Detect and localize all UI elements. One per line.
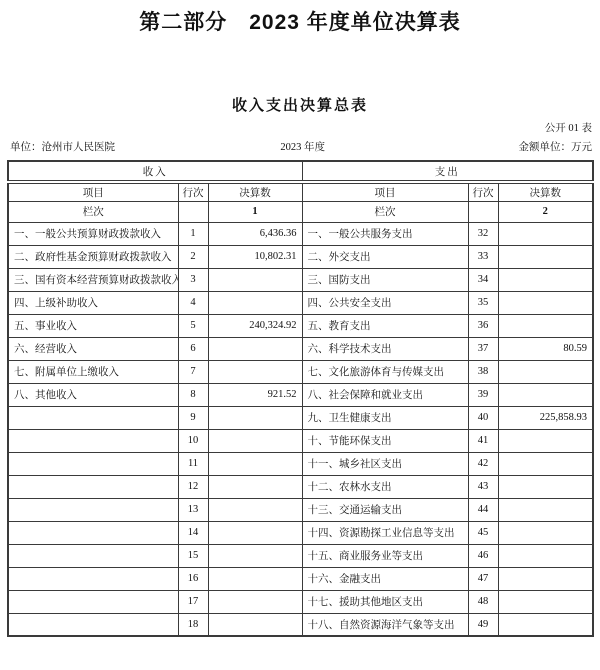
income-line-cell: 12: [178, 475, 208, 498]
table-row: 二、政府性基金预算财政拨款收入210,802.31二、外交支出33: [8, 245, 593, 268]
expense-item-cell: 十六、金融支出: [302, 567, 468, 590]
income-amount-cell: 6,436.36: [208, 222, 302, 245]
table-title: 收入支出决算总表: [0, 94, 600, 115]
page-title: 第二部分 2023 年度单位决算表: [0, 6, 600, 36]
income-item-cell: 六、经营收入: [8, 337, 178, 360]
table-row: 17十七、援助其他地区支出48: [8, 590, 593, 613]
expense-amount-cell: [498, 590, 593, 613]
expense-amount-cell: [498, 291, 593, 314]
income-amount-cell: [208, 337, 302, 360]
expense-amount-cell: [498, 613, 593, 636]
expense-amount-cell: [498, 429, 593, 452]
income-item-cell: 一、一般公共预算财政拨款收入: [8, 222, 178, 245]
expense-line-cell: 42: [468, 452, 498, 475]
expense-amount-cell: 80.59: [498, 337, 593, 360]
amount-unit-label: 金额单位：万元: [519, 139, 593, 154]
expense-amount-cell: [498, 475, 593, 498]
expense-line-cell: 45: [468, 521, 498, 544]
income-item-cell: [8, 452, 178, 475]
income-item-cell: [8, 521, 178, 544]
income-item-cell: [8, 475, 178, 498]
income-line-cell: 2: [178, 245, 208, 268]
expense-amount-index: 2: [498, 201, 593, 222]
expense-item-cell: 十一、城乡社区支出: [302, 452, 468, 475]
expense-line-header: 行次: [468, 182, 498, 201]
income-line-cell: 5: [178, 314, 208, 337]
expense-amount-cell: [498, 383, 593, 406]
table-body: 一、一般公共预算财政拨款收入16,436.36一、一般公共服务支出32二、政府性…: [8, 222, 593, 636]
table-row: 四、上级补助收入4四、公共安全支出35: [8, 291, 593, 314]
income-line-cell: 18: [178, 613, 208, 636]
income-line-cell: 14: [178, 521, 208, 544]
income-amount-cell: [208, 475, 302, 498]
income-item-cell: 四、上级补助收入: [8, 291, 178, 314]
expense-line-cell: 34: [468, 268, 498, 291]
expense-amount-cell: [498, 567, 593, 590]
income-amount-cell: [208, 291, 302, 314]
income-amount-cell: 240,324.92: [208, 314, 302, 337]
income-item-cell: 五、事业收入: [8, 314, 178, 337]
income-amount-cell: [208, 544, 302, 567]
table-row: 12十二、农林水支出43: [8, 475, 593, 498]
expense-amount-cell: [498, 268, 593, 291]
year-label: 2023 年度: [280, 139, 325, 154]
expense-item-cell: 八、社会保障和就业支出: [302, 383, 468, 406]
table-row: 16十六、金融支出47: [8, 567, 593, 590]
income-line-cell: 10: [178, 429, 208, 452]
section-header-row: 收入 支出: [8, 161, 593, 182]
expense-item-cell: 七、文化旅游体育与传媒支出: [302, 360, 468, 383]
income-amount-cell: [208, 590, 302, 613]
income-amount-cell: [208, 268, 302, 291]
expense-item-cell: 十七、援助其他地区支出: [302, 590, 468, 613]
expense-amount-cell: [498, 521, 593, 544]
expense-item-cell: 十八、自然资源海洋气象等支出: [302, 613, 468, 636]
expense-index-label: 栏次: [302, 201, 468, 222]
table-row: 六、经营收入6六、科学技术支出3780.59: [8, 337, 593, 360]
expense-section-header: 支出: [302, 161, 593, 182]
expense-item-cell: 三、国防支出: [302, 268, 468, 291]
unit-label: 单位：沧州市人民医院: [10, 139, 115, 154]
expense-item-header: 项目: [302, 182, 468, 201]
income-index-line-cell: [178, 201, 208, 222]
document-page: 第二部分 2023 年度单位决算表 收入支出决算总表 公开 01 表 单位：沧州…: [0, 0, 600, 670]
expense-amount-cell: 225,858.93: [498, 406, 593, 429]
expense-line-cell: 47: [468, 567, 498, 590]
expense-item-cell: 十二、农林水支出: [302, 475, 468, 498]
income-amount-header: 决算数: [208, 182, 302, 201]
expense-item-cell: 六、科学技术支出: [302, 337, 468, 360]
income-item-cell: [8, 498, 178, 521]
expense-amount-cell: [498, 544, 593, 567]
expense-line-cell: 33: [468, 245, 498, 268]
expense-line-cell: 38: [468, 360, 498, 383]
column-header-row: 项目 行次 决算数 项目 行次 决算数: [8, 182, 593, 201]
table-row: 一、一般公共预算财政拨款收入16,436.36一、一般公共服务支出32: [8, 222, 593, 245]
table-row: 五、事业收入5240,324.92五、教育支出36: [8, 314, 593, 337]
income-line-cell: 9: [178, 406, 208, 429]
table-row: 14十四、资源勘探工业信息等支出45: [8, 521, 593, 544]
table-row: 七、附属单位上缴收入7七、文化旅游体育与传媒支出38: [8, 360, 593, 383]
column-index-row: 栏次 1 栏次 2: [8, 201, 593, 222]
income-section-header: 收入: [8, 161, 302, 182]
table-row: 八、其他收入8921.52八、社会保障和就业支出39: [8, 383, 593, 406]
income-amount-cell: [208, 613, 302, 636]
income-line-cell: 17: [178, 590, 208, 613]
expense-item-cell: 五、教育支出: [302, 314, 468, 337]
expense-amount-cell: [498, 498, 593, 521]
income-item-cell: [8, 590, 178, 613]
expense-line-cell: 43: [468, 475, 498, 498]
expense-line-cell: 35: [468, 291, 498, 314]
income-amount-cell: [208, 406, 302, 429]
income-item-cell: 二、政府性基金预算财政拨款收入: [8, 245, 178, 268]
income-line-cell: 16: [178, 567, 208, 590]
income-line-cell: 7: [178, 360, 208, 383]
income-line-cell: 6: [178, 337, 208, 360]
expense-line-cell: 41: [468, 429, 498, 452]
expense-item-cell: 九、卫生健康支出: [302, 406, 468, 429]
expense-amount-cell: [498, 314, 593, 337]
expense-amount-cell: [498, 245, 593, 268]
expense-item-cell: 十、节能环保支出: [302, 429, 468, 452]
expense-line-cell: 36: [468, 314, 498, 337]
expense-line-cell: 32: [468, 222, 498, 245]
income-line-cell: 8: [178, 383, 208, 406]
expense-line-cell: 49: [468, 613, 498, 636]
expense-amount-cell: [498, 222, 593, 245]
expense-amount-cell: [498, 360, 593, 383]
income-item-cell: [8, 567, 178, 590]
table-meta-row: 单位：沧州市人民医院 2023 年度 金额单位：万元: [8, 139, 592, 155]
table-row: 三、国有资本经营预算财政拨款收入3三、国防支出34: [8, 268, 593, 291]
income-amount-cell: 921.52: [208, 383, 302, 406]
expense-amount-cell: [498, 452, 593, 475]
income-index-label: 栏次: [8, 201, 178, 222]
expense-line-cell: 39: [468, 383, 498, 406]
expense-line-cell: 44: [468, 498, 498, 521]
income-line-cell: 11: [178, 452, 208, 475]
income-item-cell: [8, 429, 178, 452]
expense-item-cell: 十四、资源勘探工业信息等支出: [302, 521, 468, 544]
expense-line-cell: 37: [468, 337, 498, 360]
expense-line-cell: 48: [468, 590, 498, 613]
income-amount-cell: [208, 452, 302, 475]
expense-item-cell: 十五、商业服务业等支出: [302, 544, 468, 567]
table-row: 10十、节能环保支出41: [8, 429, 593, 452]
income-line-cell: 4: [178, 291, 208, 314]
expense-index-line-cell: [468, 201, 498, 222]
income-line-cell: 3: [178, 268, 208, 291]
accounts-table: 收入 支出 项目 行次 决算数 项目 行次 决算数 栏次 1 栏次 2 一、一般…: [7, 160, 594, 637]
expense-item-cell: 四、公共安全支出: [302, 291, 468, 314]
table-row: 13十三、交通运输支出44: [8, 498, 593, 521]
income-item-cell: [8, 613, 178, 636]
income-item-cell: 八、其他收入: [8, 383, 178, 406]
income-item-cell: 七、附属单位上缴收入: [8, 360, 178, 383]
table-code-label: 公开 01 表: [545, 120, 592, 135]
expense-item-cell: 一、一般公共服务支出: [302, 222, 468, 245]
income-amount-cell: [208, 498, 302, 521]
table-row: 18十八、自然资源海洋气象等支出49: [8, 613, 593, 636]
table-row: 11十一、城乡社区支出42: [8, 452, 593, 475]
income-item-header: 项目: [8, 182, 178, 201]
income-amount-cell: [208, 429, 302, 452]
expense-item-cell: 十三、交通运输支出: [302, 498, 468, 521]
income-item-cell: 三、国有资本经营预算财政拨款收入: [8, 268, 178, 291]
expense-line-cell: 46: [468, 544, 498, 567]
income-amount-index: 1: [208, 201, 302, 222]
income-line-cell: 15: [178, 544, 208, 567]
income-amount-cell: 10,802.31: [208, 245, 302, 268]
income-amount-cell: [208, 521, 302, 544]
expense-amount-header: 决算数: [498, 182, 593, 201]
expense-line-cell: 40: [468, 406, 498, 429]
income-amount-cell: [208, 360, 302, 383]
expense-item-cell: 二、外交支出: [302, 245, 468, 268]
income-line-header: 行次: [178, 182, 208, 201]
table-row: 9九、卫生健康支出40225,858.93: [8, 406, 593, 429]
income-line-cell: 1: [178, 222, 208, 245]
income-item-cell: [8, 406, 178, 429]
income-item-cell: [8, 544, 178, 567]
income-line-cell: 13: [178, 498, 208, 521]
income-amount-cell: [208, 567, 302, 590]
table-row: 15十五、商业服务业等支出46: [8, 544, 593, 567]
